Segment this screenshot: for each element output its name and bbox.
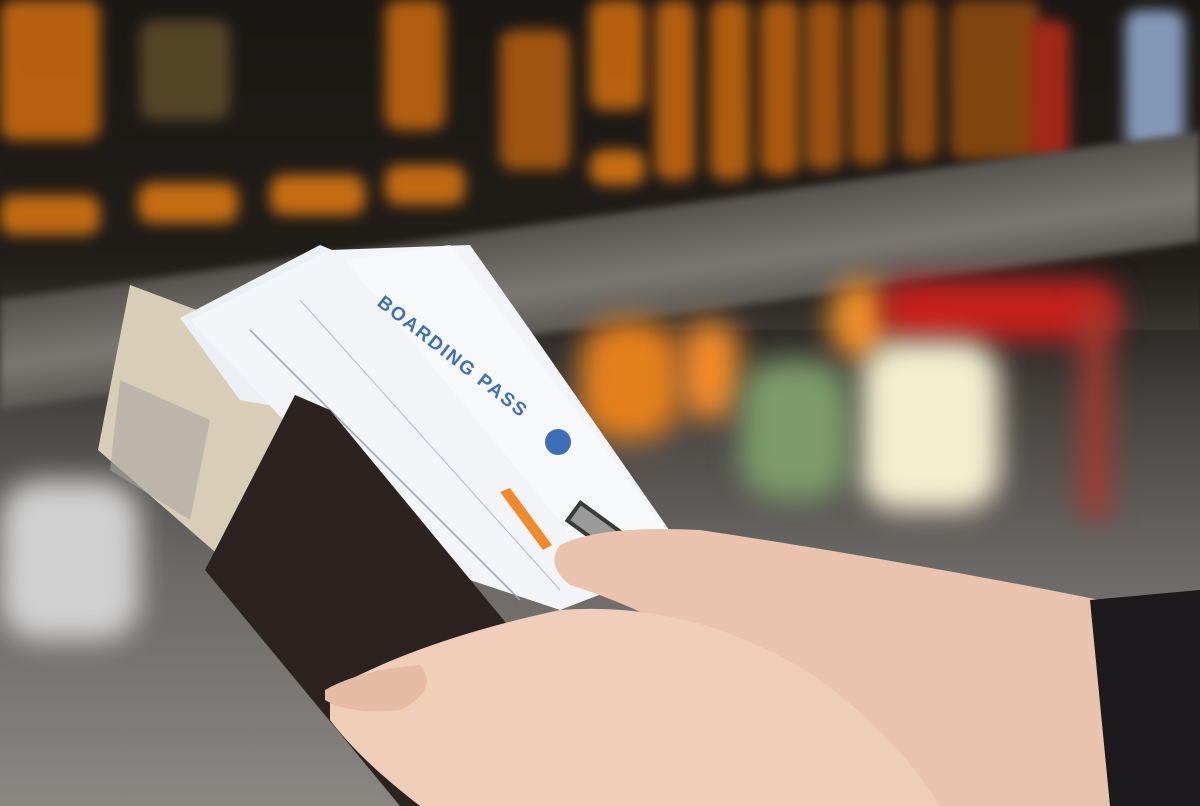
airline-logo-icon — [545, 429, 571, 455]
photo-scene: BOARDING PASS — [0, 0, 1200, 806]
foreground-illustration — [0, 0, 1200, 806]
